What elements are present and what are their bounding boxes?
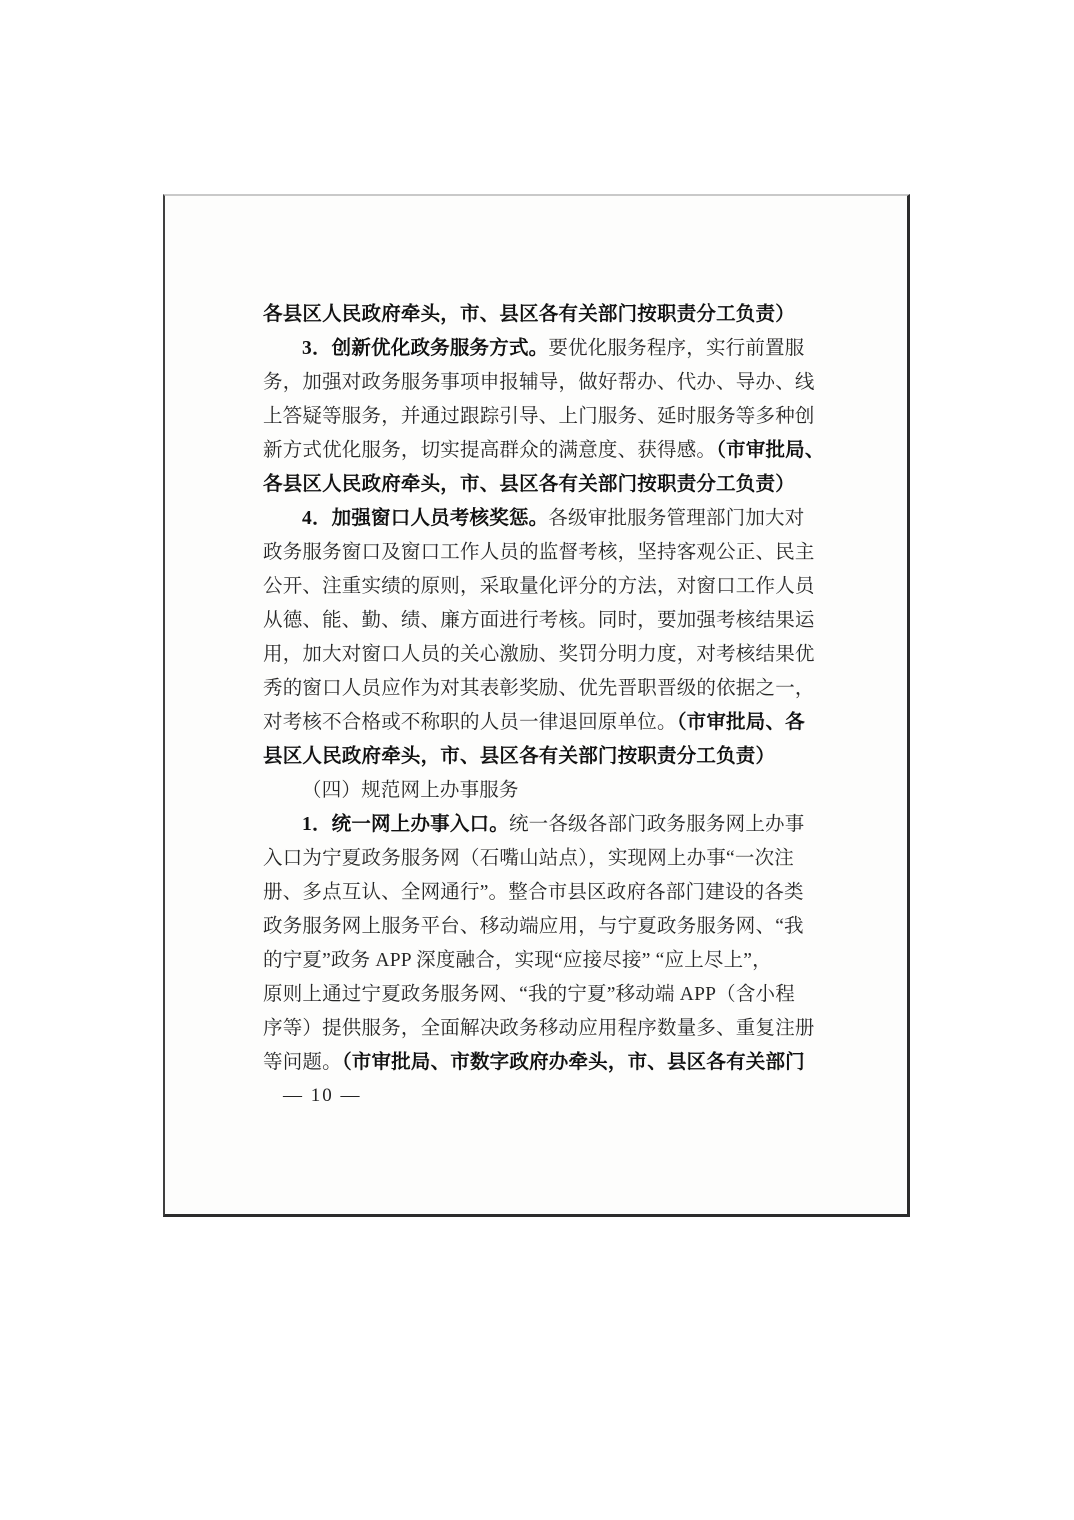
text-line: 秀的窗口人员应作为对其表彰奖励、优先晋职晋级的依据之一， <box>263 672 811 706</box>
text-line: 各县区人民政府牵头，市、县区各有关部门按职责分工负责） <box>263 298 811 332</box>
bold-text-segment: （市审批局、市数字政府办牵头，市、县区各有关部门 <box>342 1052 805 1073</box>
text-segment: 入口为宁夏政务服务网（石嘴山站点），实现网上办事“一次注 <box>263 848 794 869</box>
text-line: 册、多点互认、全网通行”。整合市县区政府各部门建设的各类 <box>263 876 811 910</box>
bold-text-segment: 3．创新优化政务服务方式。 <box>302 338 548 359</box>
text-line: 务，加强对政务服务事项申报辅导，做好帮办、代办、导办、线 <box>263 366 811 400</box>
text-segment: 务，加强对政务服务事项申报辅导，做好帮办、代办、导办、线 <box>263 372 815 393</box>
text-segment: （四）规范网上办事服务 <box>302 780 519 801</box>
bold-text-segment: 4．加强窗口人员考核奖惩。 <box>302 508 548 529</box>
text-line: 用，加大对窗口人员的关心激励、奖罚分明力度，对考核结果优 <box>263 638 811 672</box>
text-line: 1．统一网上办事入口。统一各级各部门政务服务网上办事 <box>263 808 811 842</box>
text-segment: 册、多点互认、全网通行”。整合市县区政府各部门建设的各类 <box>263 882 804 903</box>
text-segment: 政务服务窗口及窗口工作人员的监督考核，坚持客观公正、民主 <box>263 542 815 563</box>
bold-text-segment: 各县区人民政府牵头，市、县区各有关部门按职责分工负责） <box>263 474 795 495</box>
text-line: 政务服务网上服务平台、移动端应用，与宁夏政务服务网、“我 <box>263 910 811 944</box>
document-body: 各县区人民政府牵头，市、县区各有关部门按职责分工负责）3．创新优化政务服务方式。… <box>263 298 811 1080</box>
bold-text-segment: （市审批局、各 <box>677 712 805 733</box>
text-line: （四）规范网上办事服务 <box>263 774 811 808</box>
text-line: 原则上通过宁夏政务服务网、“我的宁夏”移动端 APP（含小程 <box>263 978 811 1012</box>
bold-text-segment: 1．统一网上办事入口。 <box>302 814 509 835</box>
text-line: 上答疑等服务，并通过跟踪引导、上门服务、延时服务等多种创 <box>263 400 811 434</box>
text-line: 序等）提供服务，全面解决政务移动应用程序数量多、重复注册 <box>263 1012 811 1046</box>
text-line: 公开、注重实绩的原则，采取量化评分的方法，对窗口工作人员 <box>263 570 811 604</box>
text-line: 的宁夏”政务 APP 深度融合，实现“应接尽接” “应上尽上”， <box>263 944 811 978</box>
text-segment: 等问题。 <box>263 1052 342 1073</box>
text-line: 新方式优化服务，切实提高群众的满意度、获得感。（市审批局、 <box>263 434 811 468</box>
bold-text-segment: （市审批局、 <box>716 440 824 461</box>
text-line: 4．加强窗口人员考核奖惩。各级审批服务管理部门加大对 <box>263 502 811 536</box>
text-segment: 各级审批服务管理部门加大对 <box>548 508 804 529</box>
text-segment: 新方式优化服务，切实提高群众的满意度、获得感。 <box>263 440 716 461</box>
text-segment: 用，加大对窗口人员的关心激励、奖罚分明力度，对考核结果优 <box>263 644 815 665</box>
bold-text-segment: 县区人民政府牵头，市、县区各有关部门按职责分工负责） <box>263 746 775 767</box>
text-segment: 公开、注重实绩的原则，采取量化评分的方法，对窗口工作人员 <box>263 576 815 597</box>
text-line: 县区人民政府牵头，市、县区各有关部门按职责分工负责） <box>263 740 811 774</box>
text-segment: 上答疑等服务，并通过跟踪引导、上门服务、延时服务等多种创 <box>263 406 815 427</box>
text-line: 等问题。（市审批局、市数字政府办牵头，市、县区各有关部门 <box>263 1046 811 1080</box>
text-line: 各县区人民政府牵头，市、县区各有关部门按职责分工负责） <box>263 468 811 502</box>
text-line: 政务服务窗口及窗口工作人员的监督考核，坚持客观公正、民主 <box>263 536 811 570</box>
text-segment: 要优化服务程序，实行前置服 <box>548 338 804 359</box>
text-segment: 对考核不合格或不称职的人员一律退回原单位。 <box>263 712 677 733</box>
page: 各县区人民政府牵头，市、县区各有关部门按职责分工负责）3．创新优化政务服务方式。… <box>163 194 910 1217</box>
bold-text-segment: 各县区人民政府牵头，市、县区各有关部门按职责分工负责） <box>263 304 795 325</box>
text-segment: 统一各级各部门政务服务网上办事 <box>509 814 805 835</box>
text-line: 对考核不合格或不称职的人员一律退回原单位。（市审批局、各 <box>263 706 811 740</box>
text-segment: 从德、能、勤、绩、廉方面进行考核。同时，要加强考核结果运 <box>263 610 815 631</box>
document-viewer: 各县区人民政府牵头，市、县区各有关部门按职责分工负责）3．创新优化政务服务方式。… <box>0 0 1074 1520</box>
text-line: 入口为宁夏政务服务网（石嘴山站点），实现网上办事“一次注 <box>263 842 811 876</box>
page-number: — 10 — <box>283 1079 362 1113</box>
text-segment: 序等）提供服务，全面解决政务移动应用程序数量多、重复注册 <box>263 1018 815 1039</box>
text-segment: 秀的窗口人员应作为对其表彰奖励、优先晋职晋级的依据之一， <box>263 678 815 699</box>
text-segment: 原则上通过宁夏政务服务网、“我的宁夏”移动端 APP（含小程 <box>263 984 795 1005</box>
text-segment: 的宁夏”政务 APP 深度融合，实现“应接尽接” “应上尽上”， <box>263 950 772 971</box>
text-line: 从德、能、勤、绩、廉方面进行考核。同时，要加强考核结果运 <box>263 604 811 638</box>
text-segment: 政务服务网上服务平台、移动端应用，与宁夏政务服务网、“我 <box>263 916 804 937</box>
text-line: 3．创新优化政务服务方式。要优化服务程序，实行前置服 <box>263 332 811 366</box>
